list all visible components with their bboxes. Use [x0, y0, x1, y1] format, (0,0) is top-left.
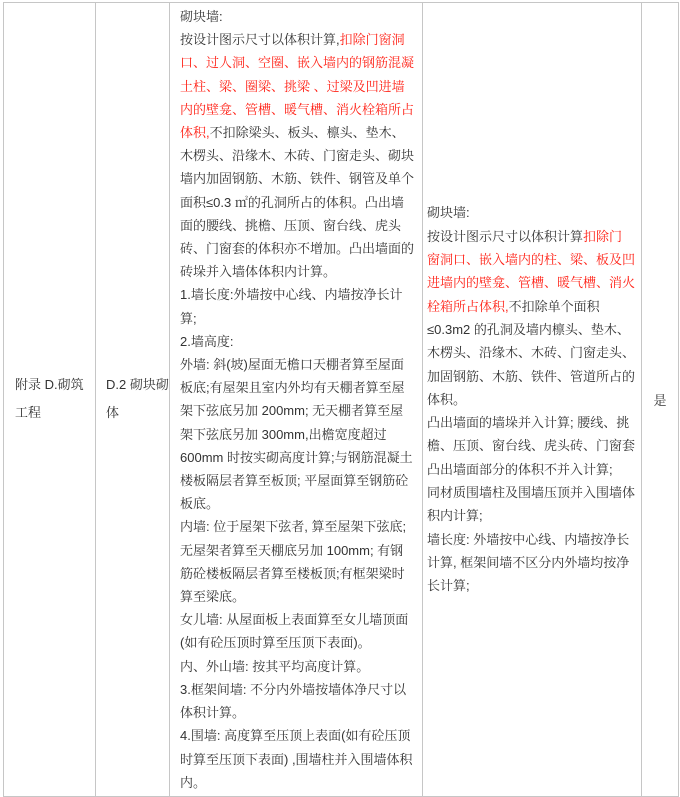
rule-right-title: 砌块墙: [427, 201, 635, 224]
measure-black-2: 不扣除单个面积≤0.3m2 的孔洞及墙内檩头、垫木、木楞头、沿缘木、木砖、门窗走… [427, 299, 635, 407]
appendix-label: 附录 D.砌筑工程 [15, 371, 95, 427]
rule-left-measure-paragraph: 按设计图示尺寸以体积计算,扣除门窗洞口、过人洞、空圈、嵌入墙内的钢筋混凝土柱、梁… [180, 28, 415, 283]
rule-left-item-wall-length: 1.墙长度:外墙按中心线、内墙按净长计算; [180, 283, 415, 329]
rule-left-title: 砌块墙: [180, 5, 415, 28]
rule-left-item-fence-wall: 4.围墙: 高度算至压顶上表面(如有砼压顶时算至压顶下表面) ,围墙柱并入围墙体… [180, 724, 415, 794]
rule-left-item-frame-wall: 3.框架间墙: 不分内外墙按墙体净尺寸以体积计算。 [180, 678, 415, 724]
measure-black-1: 按设计图示尺寸以体积计算, [180, 32, 340, 47]
rule-left-gable-wall: 内、外山墙: 按其平均高度计算。 [180, 655, 415, 678]
rule-right-measure-paragraph: 按设计图示尺寸以体积计算扣除门窗洞口、嵌入墙内的柱、梁、板及凹进墙内的壁龛、管槽… [427, 225, 635, 411]
measure-red-deduction: 扣除门窗洞口、过人洞、空圈、嵌入墙内的钢筋混凝土柱、梁、圈梁、挑梁 、过梁及凹进… [180, 32, 414, 140]
measure-black-1: 按设计图示尺寸以体积计算 [427, 229, 583, 244]
cell-rule-right: 砌块墙: 按设计图示尺寸以体积计算扣除门窗洞口、嵌入墙内的柱、梁、板及凹进墙内的… [423, 3, 642, 797]
section-label: D.2 砌块砌体 [106, 371, 169, 427]
cell-section: D.2 砌块砌体 [96, 3, 170, 797]
rule-left-inner-wall: 内墙: 位于屋架下弦者, 算至屋架下弦底; 无屋架者算至天棚底另加 100mm;… [180, 515, 415, 608]
flag-label: 是 [653, 393, 666, 408]
cell-flag: 是 [642, 3, 679, 797]
measure-black-2: 不扣除梁头、板头、檩头、垫木、木楞头、沿缘木、木砖、门窗走头、砌块墙内加固钢筋、… [180, 125, 414, 279]
cell-appendix: 附录 D.砌筑工程 [4, 3, 96, 797]
spec-comparison-table: 附录 D.砌筑工程 D.2 砌块砌体 砌块墙: 按设计图示尺寸以体积计算,扣除门… [3, 2, 679, 797]
rule-left-item-wall-height: 2.墙高度: [180, 330, 415, 353]
rule-right-protrusion: 凸出墙面的墙垛并入计算; 腰线、挑檐、压顶、窗台线、虎头砖、门窗套凸出墙面部分的… [427, 411, 635, 481]
cell-rule-left: 砌块墙: 按设计图示尺寸以体积计算,扣除门窗洞口、过人洞、空圈、嵌入墙内的钢筋混… [170, 3, 423, 797]
rule-left-outer-wall: 外墙: 斜(坡)屋面无檐口天棚者算至屋面板底;有屋架且室内外均有天棚者算至屋架下… [180, 353, 415, 515]
rule-right-wall-length: 墙长度: 外墙按中心线、内墙按净长计算, 框架间墙不区分内外墙均按净长计算; [427, 528, 635, 598]
rule-left-parapet-wall: 女儿墙: 从屋面板上表面算至女儿墙顶面(如有砼压顶时算至压顶下表面)。 [180, 608, 415, 654]
rule-right-fence: 同材质围墙柱及围墙压顶并入围墙体积内计算; [427, 481, 635, 528]
table-row: 附录 D.砌筑工程 D.2 砌块砌体 砌块墙: 按设计图示尺寸以体积计算,扣除门… [4, 3, 679, 797]
